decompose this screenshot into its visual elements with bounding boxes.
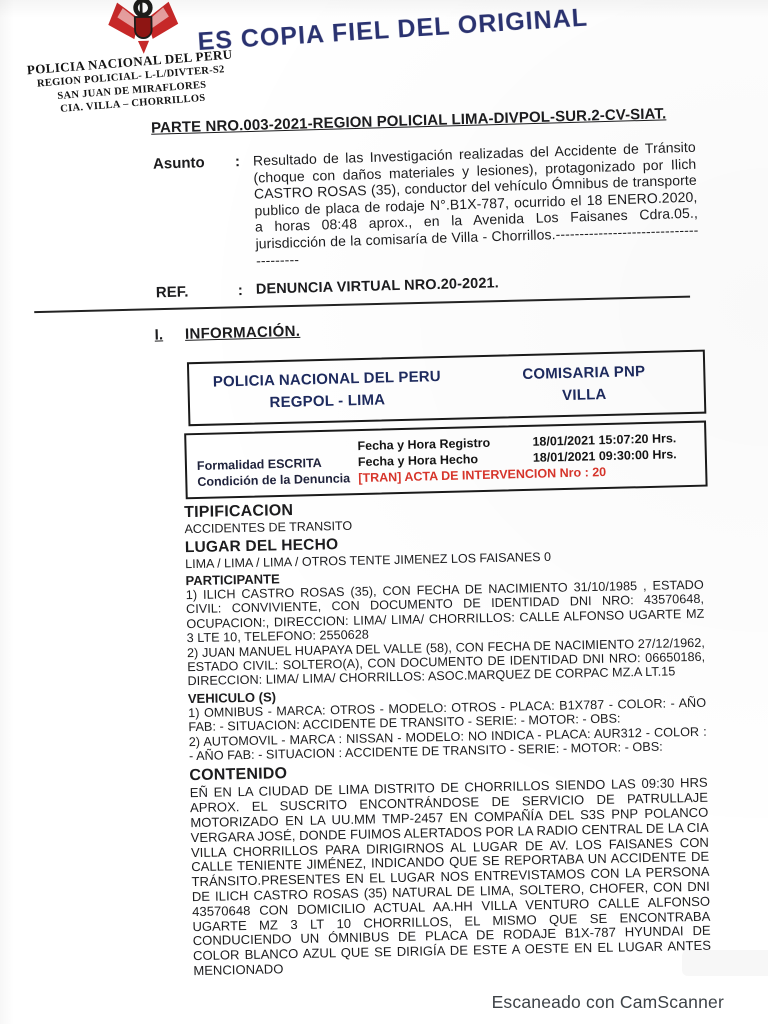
asunto-colon: : xyxy=(235,153,241,170)
section-divider-line xyxy=(34,296,690,314)
copy-certification-stamp: ES COPIA FIEL DEL ORIGINAL xyxy=(197,4,589,57)
camscanner-watermark: Escaneado con CamScanner xyxy=(492,992,724,1013)
header-box: POLICIA NACIONAL DEL PERU REGPOL - LIMA … xyxy=(187,350,706,427)
ref-colon: : xyxy=(238,282,243,299)
registry-box: Formalidad ESCRITA Condición de la Denun… xyxy=(184,421,707,500)
ref-text: DENUNCIA VIRTUAL NRO.20-2021. xyxy=(256,270,699,298)
participante-1-paragraph: 1) ILICH CASTRO ROSAS (35), CON FECHA DE… xyxy=(186,578,705,646)
scanned-police-report-page: ES COPIA FIEL DEL ORIGINAL POLICIA NACIO… xyxy=(0,0,768,1024)
header-box-right-cell: COMISARIA PNP VILLA xyxy=(464,352,704,418)
report-title: PARTE NRO.003-2021-REGION POLICIAL LIMA-… xyxy=(151,105,667,136)
header-box-left-cell: POLICIA NACIONAL DEL PERU REGPOL - LIMA xyxy=(189,357,465,424)
condicion-label: Condición de la Denuncia xyxy=(197,470,350,490)
camscanner-logo-remnant xyxy=(682,950,768,976)
ref-section: REF. : DENUNCIA VIRTUAL NRO.20-2021. xyxy=(156,270,696,301)
registry-box-values: 18/01/2021 15:07:20 Hrs. 18/01/2021 09:3… xyxy=(532,430,677,466)
fecha-hecho-value: 18/01/2021 09:30:00 Hrs. xyxy=(533,446,677,466)
contenido-paragraph: EÑ EN LA CIUDAD DE LIMA DISTRITO DE CHOR… xyxy=(190,776,712,979)
document-content: ES COPIA FIEL DEL ORIGINAL POLICIA NACIO… xyxy=(0,0,768,1024)
letterhead: POLICIA NACIONAL DEL PERU REGION POLICIA… xyxy=(10,45,252,120)
report-body: TIPIFICACION ACCIDENTES DE TRANSITO LUGA… xyxy=(184,494,711,979)
asunto-text: Resultado de las Investigación realizada… xyxy=(253,139,699,269)
header-box-villa: VILLA xyxy=(465,382,705,410)
info-section-title: INFORMACIÓN. xyxy=(185,323,301,343)
asunto-label: Asunto xyxy=(153,154,205,173)
info-section-number: I. xyxy=(154,326,163,343)
asunto-section: Asunto : Resultado de las Investigación … xyxy=(153,139,696,272)
registry-box-labels: Formalidad ESCRITA Condición de la Denun… xyxy=(197,454,351,490)
ref-label: REF. xyxy=(156,283,189,301)
info-section-heading: I.INFORMACIÓN. xyxy=(154,323,300,345)
